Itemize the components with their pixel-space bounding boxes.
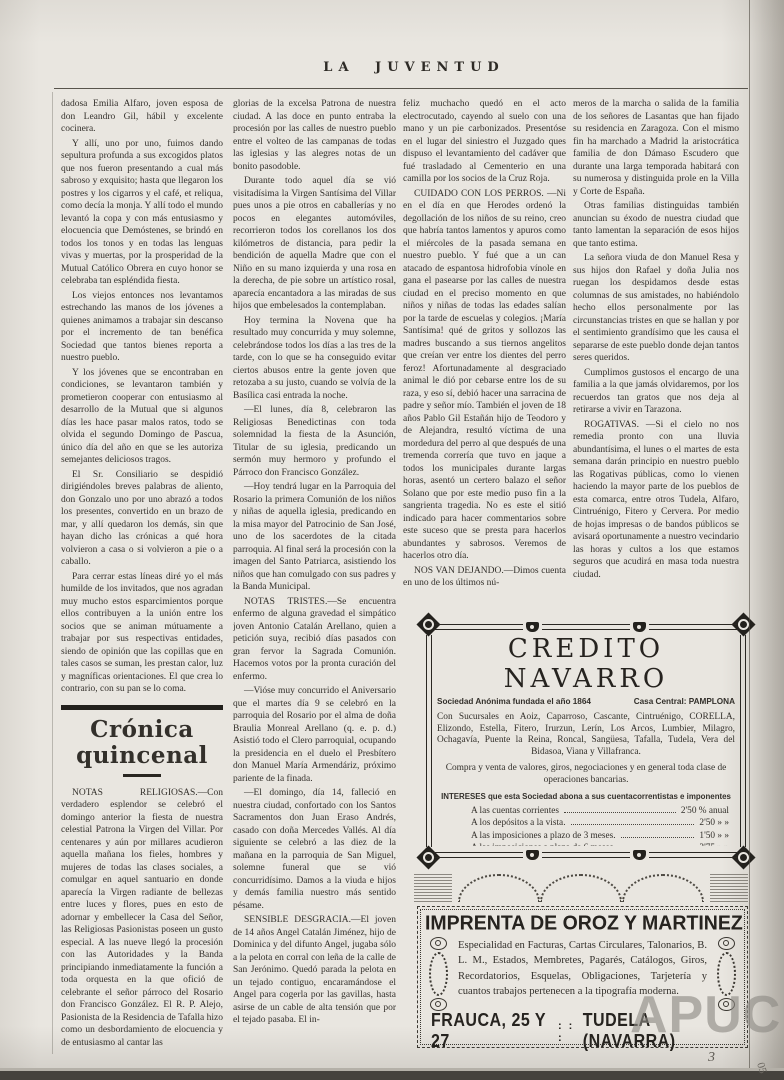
article-paragraph: Durante todo aquel día se vió visitadísi… — [233, 175, 396, 313]
article-paragraph: Para cerrar estas líneas diré yo el más … — [61, 571, 223, 696]
rate-row: A las imposiciones a plazo de 3 meses. 1… — [471, 830, 729, 842]
article-paragraph: glorias de la excelsa Patrona de nuestra… — [233, 98, 396, 173]
shield-ornament-icon — [526, 622, 539, 632]
article-paragraph: feliz muchacho quedó en el acto electroc… — [403, 98, 566, 186]
left-margin-rule — [52, 92, 53, 1054]
shield-ornament-icon — [633, 850, 646, 860]
imprenta-address: FRAUCA, 25 Y 27 — [431, 1011, 558, 1052]
rate-value: 2'50 » » — [699, 817, 729, 829]
garland-ornament — [414, 872, 748, 904]
article-paragraph: —El lunes, día 8, celebraron las Religio… — [233, 404, 396, 479]
article-paragraph: dadosa Emilia Alfaro, joven esposa de do… — [61, 98, 223, 136]
ad-bottom-border — [434, 850, 738, 860]
article-paragraph: SENSIBLE DESGRACIA.—El joven de 14 años … — [233, 914, 396, 1027]
article-paragraph: Hoy termina la Novena que ha resultado m… — [233, 315, 396, 403]
article-paragraph: Los viejos entonces nos levantamos estre… — [61, 290, 223, 365]
article-paragraph: meros de la marcha o salida de la famili… — [573, 98, 739, 198]
ad-right-border — [740, 635, 746, 847]
article-paragraph: ROGATIVAS. —Si el cielo no nos remedia p… — [573, 419, 739, 582]
article-paragraph: La señora viuda de don Manuel Resa y sus… — [573, 252, 739, 365]
column-2: glorias de la excelsa Patrona de nuestra… — [233, 98, 396, 1050]
shield-ornament-icon — [526, 850, 539, 860]
credito-founded-text: Sociedad Anónima fundada el año 1864 — [437, 697, 591, 706]
dot-leader — [621, 837, 695, 838]
rate-row: A las imposiciones a plazo de 6 meses. 3… — [471, 842, 729, 846]
garland-end-block — [710, 874, 748, 902]
garland-arc-icon — [540, 874, 622, 902]
rate-label: A las imposiciones a plazo de 6 meses. — [471, 842, 616, 846]
shield-ornament-icon — [633, 622, 646, 632]
masthead-rule — [54, 88, 748, 89]
rate-value: 2'50 % anual — [681, 805, 729, 817]
article-paragraph: Y allí, uno por uno, fuimos dando sepult… — [61, 138, 223, 288]
credito-branches-text: Con Sucursales en Aoiz, Caparroso, Casca… — [437, 712, 735, 758]
article-paragraph: NOTAS RELIGIOSAS.—Con verdadero esplendo… — [61, 787, 223, 1050]
garland-end-block — [414, 874, 452, 902]
rate-value: 1'50 » » — [699, 830, 729, 842]
section-heading-rule — [123, 774, 161, 777]
garland-arc-icon — [458, 874, 540, 902]
credito-central-text: Casa Central: PAMPLONA — [634, 697, 735, 706]
section-divider-bar — [61, 705, 223, 710]
credito-navarro-ad: CREDITO NAVARRO Sociedad Anónima fundada… — [424, 620, 748, 864]
article-paragraph: CUIDADO CON LOS PERROS. —Ni en el día en… — [403, 188, 566, 563]
article-paragraph: Otras familias distinguidas también anun… — [573, 200, 739, 250]
column-4: meros de la marcha o salida de la famili… — [573, 98, 739, 610]
article-paragraph: —Vióse muy concurrido el Aniversario que… — [233, 685, 396, 785]
newspaper-page: LA JUVENTUD dadosa Emilia Alfaro, joven … — [0, 0, 784, 1080]
column-3: feliz muchacho quedó en el acto electroc… — [403, 98, 566, 622]
library-stamp-watermark: APUC — [630, 985, 781, 1045]
dot-leader — [564, 812, 676, 813]
imprenta-separator: : : : — [558, 1020, 583, 1044]
rate-label: A los depósitos a la vista. — [471, 817, 566, 829]
rate-value: 3'75 » » — [699, 842, 729, 846]
article-paragraph: El Sr. Consiliario se despidió dirigiénd… — [61, 469, 223, 569]
ad-top-border — [434, 622, 738, 632]
article-paragraph: —Hoy tendrá lugar en la Parroquia del Ro… — [233, 481, 396, 594]
imprenta-ad-title: IMPRENTA DE OROZ Y MARTINEZ — [425, 911, 740, 935]
credito-ad-title: CREDITO NAVARRO — [437, 634, 735, 694]
credito-interest-heading: INTERESES que esta Sociedad abona a sus … — [437, 792, 735, 801]
credito-services-text: Compra y venta de valores, giros, negoci… — [437, 763, 735, 786]
article-paragraph: NOTAS TRISTES.—Se encuentra enfermo de a… — [233, 596, 396, 684]
rate-label: A las cuentas corrientes — [471, 805, 559, 817]
article-paragraph: Cumplimos gustosos el encargo de una fam… — [573, 367, 739, 417]
ad-left-border — [426, 635, 432, 847]
handwritten-page-number: 3 — [708, 1050, 715, 1066]
section-heading-cronica-quincenal: Crónica quincenal — [61, 717, 223, 769]
dot-leader — [571, 824, 695, 825]
scan-bottom-edge — [0, 1068, 784, 1080]
scan-right-edge-shadow — [749, 0, 784, 1080]
rate-label: A las imposiciones a plazo de 3 meses. — [471, 830, 616, 842]
chain-ornament-icon — [425, 937, 452, 1011]
article-paragraph: NOS VAN DEJANDO.—Dimos cuenta en uno de … — [403, 565, 566, 590]
rate-row: A las cuentas corrientes 2'50 % anual — [471, 805, 729, 817]
credito-interest-table: A las cuentas corrientes 2'50 % anual A … — [471, 805, 729, 846]
article-paragraph: Y los jóvenes que se encontraban en cond… — [61, 367, 223, 467]
garland-arc-icon — [622, 874, 704, 902]
article-paragraph: —El domingo, día 14, falleció en nuestra… — [233, 787, 396, 912]
column-1: dadosa Emilia Alfaro, joven esposa de do… — [61, 98, 223, 1050]
rate-row: A los depósitos a la vista. 2'50 » » — [471, 817, 729, 829]
newspaper-masthead: LA JUVENTUD — [0, 60, 784, 75]
